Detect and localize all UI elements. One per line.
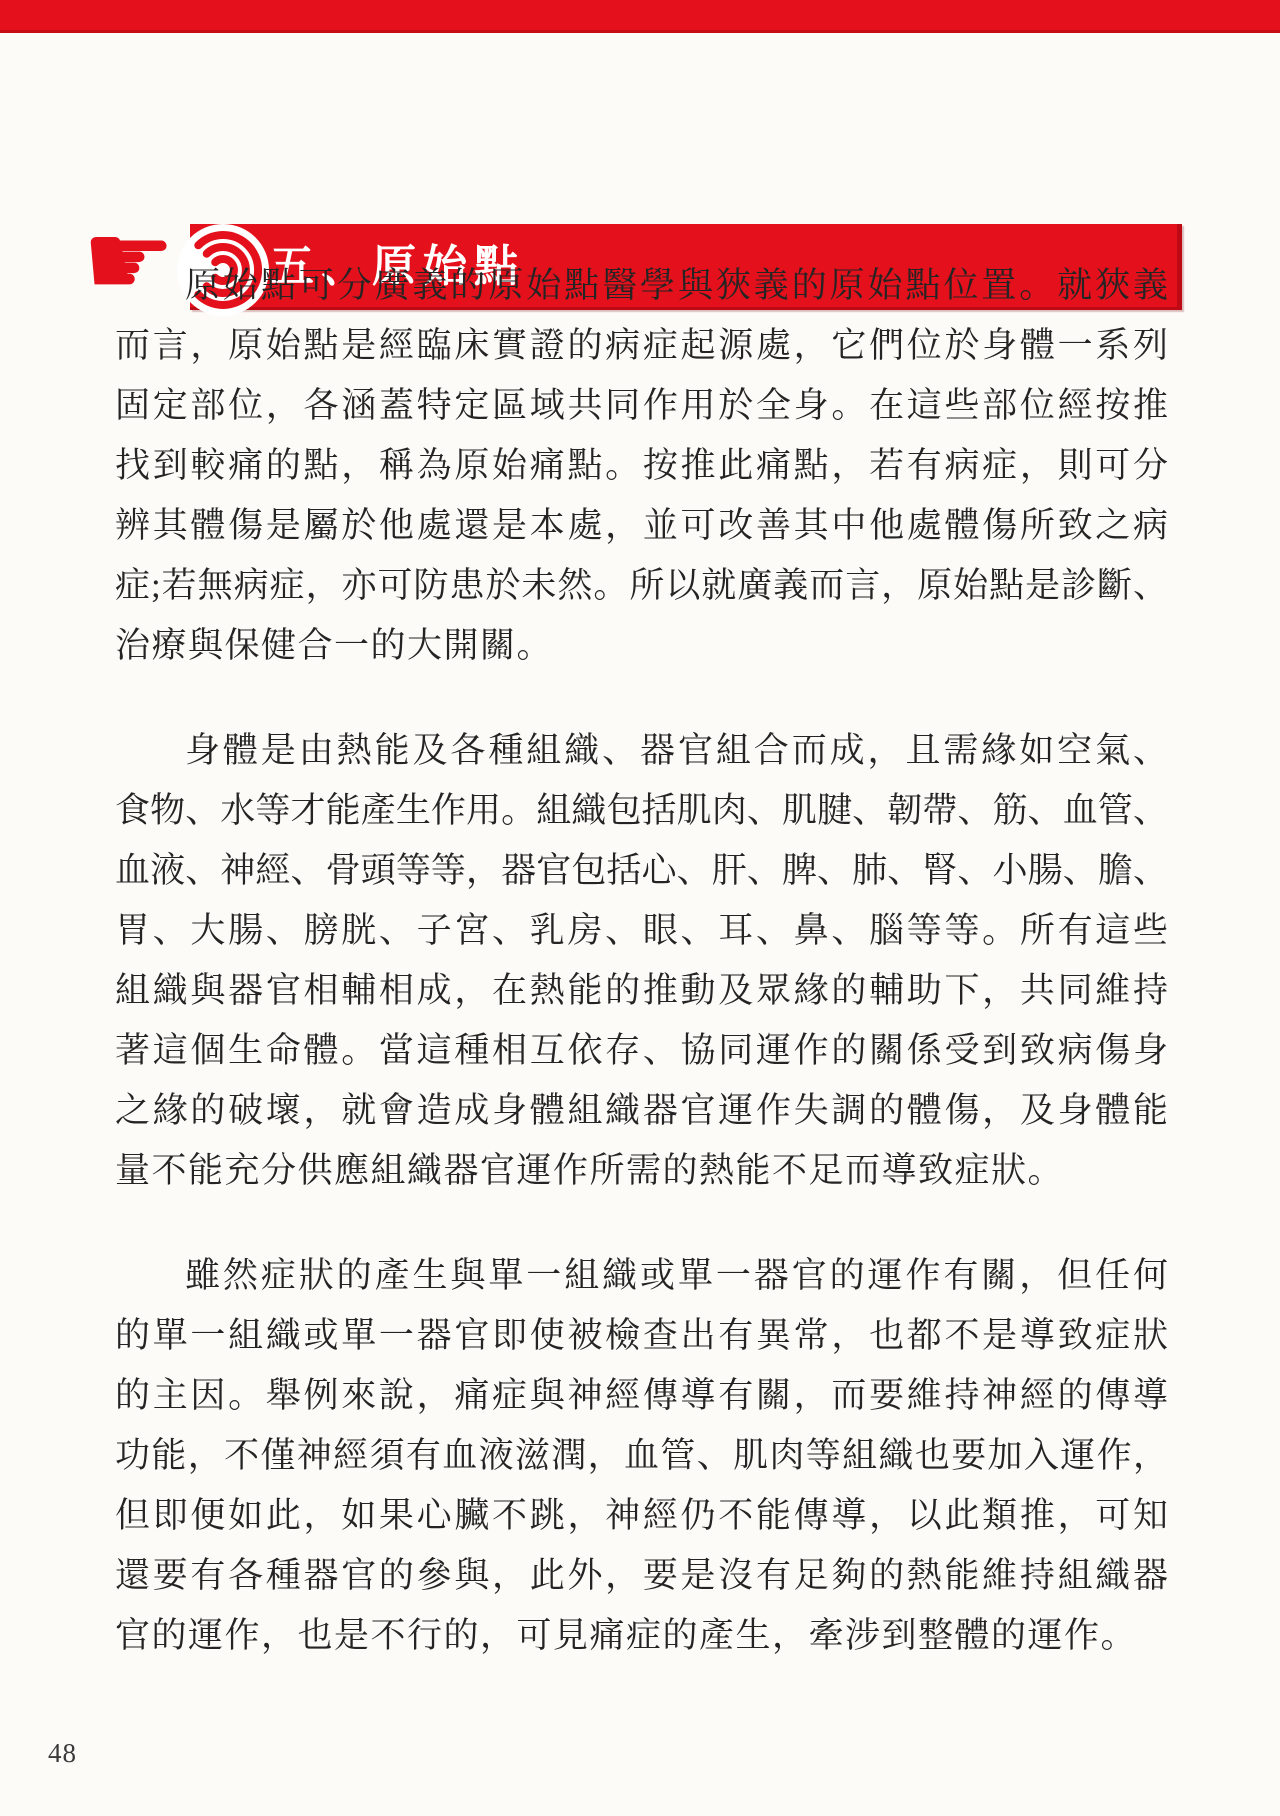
book-page: { "page": { "number": "48", "accent_red"… <box>0 0 1280 1816</box>
paragraph: 身體是由熱能及各種組織、器官組合而成，且需緣如空氣、 食物、水等才能產生作用。組… <box>115 721 1168 1201</box>
chapter-header: 五、原始點 ☛ <box>0 100 1280 240</box>
page-body: 原始點可分廣義的原始點醫學與狹義的原始點位置。就狹義 而言，原始點是經臨床實證的… <box>115 256 1168 1666</box>
text-line: 量不能充分供應組織器官運作所需的熱能不足而導致症狀。 <box>115 1141 1168 1201</box>
top-red-bar <box>0 0 1280 33</box>
text-line: 功能，不僅神經須有血液滋潤，血管、肌肉等組織也要加入運作， <box>115 1426 1168 1486</box>
paragraph: 雖然症狀的產生與單一組織或單一器官的運作有關，但任何 的單一組織或單一器官即使被… <box>115 1246 1168 1666</box>
text-line: 著這個生命體。當這種相互依存、協同運作的關係受到致病傷身 <box>115 1021 1168 1081</box>
text-line: 症;若無病症，亦可防患於未然。所以就廣義而言，原始點是診斷、 <box>115 556 1168 616</box>
text-line: 官的運作，也是不行的，可見痛症的產生，牽涉到整體的運作。 <box>115 1606 1168 1666</box>
text-line: 之緣的破壞，就會造成身體組織器官運作失調的體傷，及身體能 <box>115 1081 1168 1141</box>
text-line: 固定部位，各涵蓋特定區域共同作用於全身。在這些部位經按推 <box>115 376 1168 436</box>
text-line: 找到較痛的點，稱為原始痛點。按推此痛點，若有病症，則可分 <box>115 436 1168 496</box>
text-line: 而言，原始點是經臨床實證的病症起源處，它們位於身體一系列 <box>115 316 1168 376</box>
text-line: 組織與器官相輔相成，在熱能的推動及眾緣的輔助下，共同維持 <box>115 961 1168 1021</box>
text-line: 雖然症狀的產生與單一組織或單一器官的運作有關，但任何 <box>115 1246 1168 1306</box>
text-line: 血液、神經、骨頭等等，器官包括心、肝、脾、肺、腎、小腸、膽、 <box>115 841 1168 901</box>
text-line: 的單一組織或單一器官即使被檢查出有異常，也都不是導致症狀 <box>115 1306 1168 1366</box>
paragraph: 原始點可分廣義的原始點醫學與狹義的原始點位置。就狹義 而言，原始點是經臨床實證的… <box>115 256 1168 676</box>
text-line: 原始點可分廣義的原始點醫學與狹義的原始點位置。就狹義 <box>115 256 1168 316</box>
text-line: 身體是由熱能及各種組織、器官組合而成，且需緣如空氣、 <box>115 721 1168 781</box>
text-line: 但即便如此，如果心臟不跳，神經仍不能傳導，以此類推，可知 <box>115 1486 1168 1546</box>
text-line: 食物、水等才能產生作用。組織包括肌肉、肌腱、韌帶、筋、血管、 <box>115 781 1168 841</box>
text-line: 胃、大腸、膀胱、子宮、乳房、眼、耳、鼻、腦等等。所有這些 <box>115 901 1168 961</box>
text-line: 還要有各種器官的參與，此外，要是沒有足夠的熱能維持組織器 <box>115 1546 1168 1606</box>
text-line: 治療與保健合一的大開關。 <box>115 616 1168 676</box>
text-line: 辨其體傷是屬於他處還是本處，並可改善其中他處體傷所致之病 <box>115 496 1168 556</box>
text-line: 的主因。舉例來說，痛症與神經傳導有關，而要維持神經的傳導 <box>115 1366 1168 1426</box>
page-number: 48 <box>48 1738 77 1769</box>
